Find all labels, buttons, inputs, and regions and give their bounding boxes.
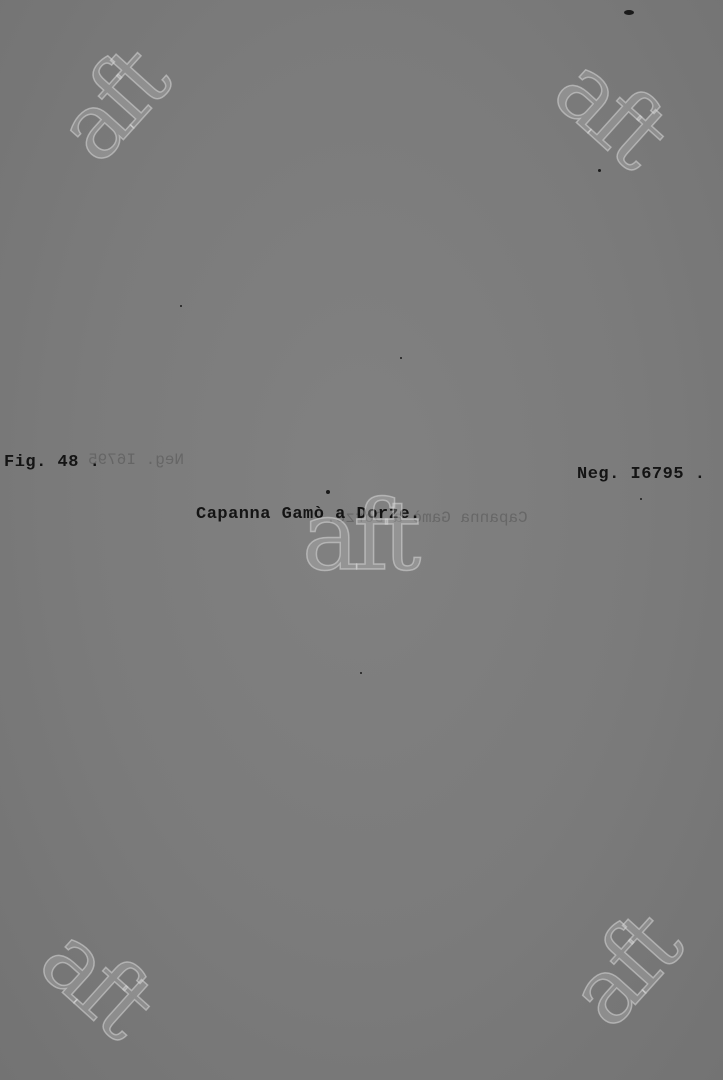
watermark-top-left: aft	[42, 35, 183, 177]
dust-speck	[598, 169, 601, 172]
dust-speck	[640, 498, 642, 500]
dust-speck	[326, 490, 330, 494]
negative-label: Neg. I6795 .	[577, 465, 705, 484]
watermark-center: aft	[302, 488, 415, 584]
document-page: Neg. I6795 Capanna Gamò a Dorze. Fig. 48…	[0, 0, 723, 1080]
dust-speck	[400, 357, 402, 359]
watermark-bottom-right: aft	[554, 900, 695, 1042]
dust-speck	[360, 672, 362, 674]
dust-speck	[624, 10, 634, 15]
figure-label: Fig. 48 .	[4, 453, 100, 472]
show-through-text: Neg. I6795	[88, 451, 184, 469]
watermark-top-right: aft	[539, 41, 681, 182]
watermark-bottom-left: aft	[25, 911, 167, 1052]
dust-speck	[180, 305, 182, 307]
